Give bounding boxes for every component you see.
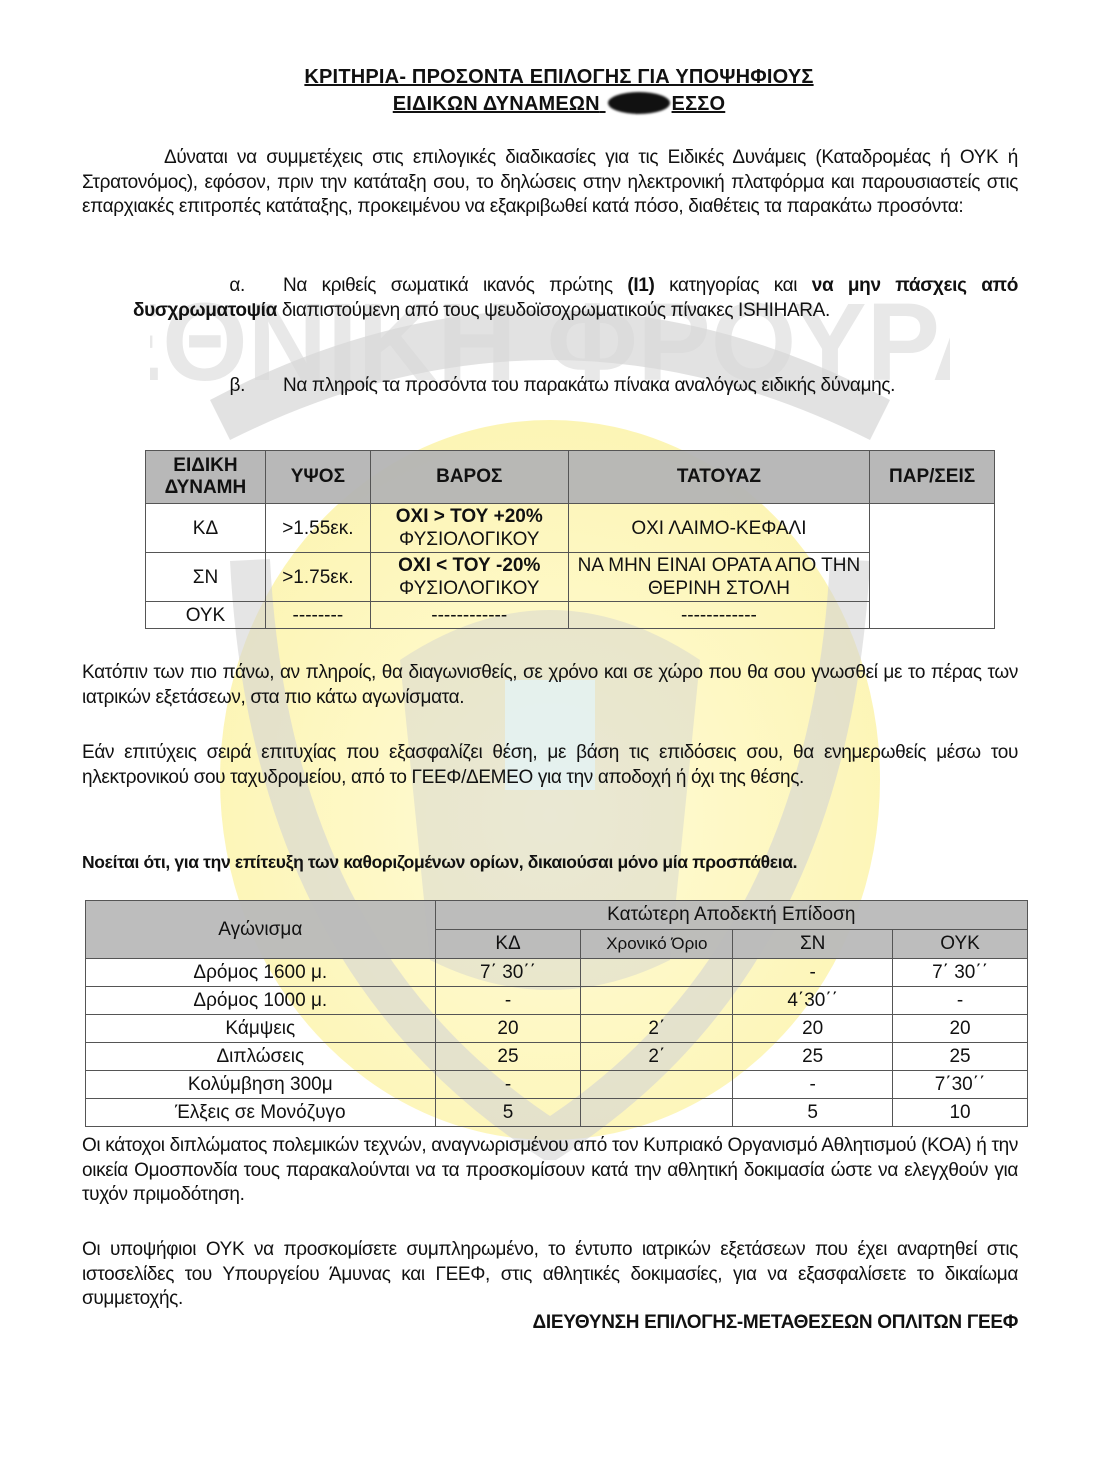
cell-tattoo: ------------ bbox=[568, 602, 869, 629]
table-row: ΟΥΚ -------- ------------ ------------ bbox=[146, 602, 995, 629]
cell-sn: - bbox=[733, 1071, 893, 1099]
table-row: Διπλώσεις252΄2525 bbox=[86, 1043, 1028, 1071]
cell-ouk: 25 bbox=[893, 1043, 1028, 1071]
table-row: Έλξεις σε Μονόζυγο5510 bbox=[86, 1099, 1028, 1127]
document-title-line1: ΚΡΙΤΗΡΙΑ- ΠΡΟΣΟΝΤΑ ΕΠΙΛΟΓΗΣ ΓΙΑ ΥΠΟΨΗΦΙΟ… bbox=[0, 66, 1118, 89]
weight-limit: ΟΧΙ < ΤΟΥ -20% bbox=[371, 554, 568, 577]
title-line2-suffix: ΕΣΣΟ bbox=[672, 93, 726, 115]
table-row: Δρόμος 1000 μ.-4΄30΄΄- bbox=[86, 987, 1028, 1015]
cell-kd: - bbox=[435, 1071, 581, 1099]
cell-time-limit bbox=[581, 1071, 733, 1099]
performance-table: Αγώνισμα Κατώτερη Αποδεκτή Επίδοση ΚΔ Χρ… bbox=[85, 900, 1028, 1127]
cell-force: ΚΔ bbox=[146, 504, 266, 553]
table-row: ΣΝ >1.75εκ. ΟΧΙ < ΤΟΥ -20%ΦΥΣΙΟΛΟΓΙΚΟΥ Ν… bbox=[146, 553, 995, 602]
cell-height: >1.75εκ. bbox=[265, 553, 370, 602]
cell-event: Κάμψεις bbox=[86, 1015, 436, 1043]
cell-ouk: - bbox=[893, 987, 1028, 1015]
title-line2-prefix: ΕΙΔΙΚΩΝ ΔΥΝΑΜΕΩΝ bbox=[393, 93, 600, 115]
criterion-b-marker: β. bbox=[82, 374, 283, 399]
cell-tattoo: ΝΑ ΜΗΝ ΕΙΝΑΙ ΟΡΑΤΑ ΑΠΟ ΤΗΝ ΘΕΡΙΝΗ ΣΤΟΛΗ bbox=[568, 553, 869, 602]
table-row: Κάμψεις202΄2020 bbox=[86, 1015, 1028, 1043]
cell-kd: 25 bbox=[435, 1043, 581, 1071]
cell-weight: ΟΧΙ < ΤΟΥ -20%ΦΥΣΙΟΛΟΓΙΚΟΥ bbox=[370, 553, 568, 602]
martial-arts-paragraph: Οι κάτοχοι διπλώματος πολεμικών τεχνών, … bbox=[82, 1134, 1018, 1208]
cell-ouk: 7΄ 30΄΄ bbox=[893, 959, 1028, 987]
cell-weight: ΟΧΙ > ΤΟΥ +20%ΦΥΣΙΟΛΟΓΙΚΟΥ bbox=[370, 504, 568, 553]
cell-kd: - bbox=[435, 987, 581, 1015]
table-row: ΚΔ >1.55εκ. ΟΧΙ > ΤΟΥ +20%ΦΥΣΙΟΛΟΓΙΚΟΥ Ο… bbox=[146, 504, 995, 553]
criterion-a-category: (Ι1) bbox=[627, 275, 654, 296]
cell-time-limit bbox=[581, 1099, 733, 1127]
criterion-a-marker: α. bbox=[133, 274, 283, 299]
criterion-a: α.Να κριθείς σωματικά ικανός πρώτης (Ι1)… bbox=[133, 274, 1018, 323]
signature: ΔΙΕΥΘΥΝΣΗ ΕΠΙΛΟΓΗΣ-ΜΕΤΑΘΕΣΕΩΝ ΟΠΛΙΤΩΝ ΓΕ… bbox=[533, 1312, 1018, 1334]
table-row: Δρόμος 1600 μ.7΄ 30΄΄-7΄ 30΄΄ bbox=[86, 959, 1028, 987]
cell-time-limit bbox=[581, 959, 733, 987]
cell-time-limit: 2΄ bbox=[581, 1015, 733, 1043]
cell-ouk: 10 bbox=[893, 1099, 1028, 1127]
criterion-b: β.Να πληροίς τα προσόντα του παρακάτω πί… bbox=[82, 374, 1018, 399]
performance-header-row: Αγώνισμα Κατώτερη Αποδεκτή Επίδοση bbox=[86, 901, 1028, 930]
header-tattoo: ΤΑΤΟΥΑΖ bbox=[568, 451, 869, 504]
cell-event: Έλξεις σε Μονόζυγο bbox=[86, 1099, 436, 1127]
ouk-medical-paragraph: Οι υποψήφιοι ΟΥΚ να προσκομίσετε συμπληρ… bbox=[82, 1238, 1018, 1312]
cell-tattoo: ΟΧΙ ΛΑΙΜΟ-ΚΕΦΑΛΙ bbox=[568, 504, 869, 553]
criterion-b-text: Να πληροίς τα προσόντα του παρακάτω πίνα… bbox=[283, 375, 895, 396]
weight-basis: ΦΥΣΙΟΛΟΓΙΚΟΥ bbox=[371, 577, 568, 600]
header-height: ΥΨΟΣ bbox=[265, 451, 370, 504]
header-notes: ΠΑΡ/ΣΕΙΣ bbox=[870, 451, 995, 504]
header-min-performance: Κατώτερη Αποδεκτή Επίδοση bbox=[435, 901, 1027, 930]
cell-event: Δρόμος 1000 μ. bbox=[86, 987, 436, 1015]
cell-sn: 20 bbox=[733, 1015, 893, 1043]
cell-event: Κολύμβηση 300μ bbox=[86, 1071, 436, 1099]
success-paragraph: Εάν επιτύχεις σειρά επιτυχίας που εξασφα… bbox=[82, 741, 1018, 790]
weight-basis: ΦΥΣΙΟΛΟΓΙΚΟΥ bbox=[371, 528, 568, 551]
header-force: ΕΙΔΙΚΗ ΔΥΝΑΜΗ bbox=[146, 451, 266, 504]
cell-force: ΣΝ bbox=[146, 553, 266, 602]
cell-sn: 25 bbox=[733, 1043, 893, 1071]
single-attempt-note: Νοείται ότι, για την επίτευξη των καθορι… bbox=[82, 850, 1018, 875]
cell-event: Διπλώσεις bbox=[86, 1043, 436, 1071]
header-time-limit: Χρονικό Όριο bbox=[581, 930, 733, 959]
cell-height: >1.55εκ. bbox=[265, 504, 370, 553]
cell-weight: ------------ bbox=[370, 602, 568, 629]
cell-sn: 4΄30΄΄ bbox=[733, 987, 893, 1015]
requirements-header-row: ΕΙΔΙΚΗ ΔΥΝΑΜΗ ΥΨΟΣ ΒΑΡΟΣ ΤΑΤΟΥΑΖ ΠΑΡ/ΣΕΙ… bbox=[146, 451, 995, 504]
cell-kd: 7΄ 30΄΄ bbox=[435, 959, 581, 987]
cell-height: -------- bbox=[265, 602, 370, 629]
intro-paragraph: Δύναται να συμμετέχεις στις επιλογικές δ… bbox=[82, 146, 1018, 220]
cell-sn: - bbox=[733, 959, 893, 987]
intro-text: Δύναται να συμμετέχεις στις επιλογικές δ… bbox=[82, 147, 1018, 217]
cell-force: ΟΥΚ bbox=[146, 602, 266, 629]
cell-time-limit: 2΄ bbox=[581, 1043, 733, 1071]
criterion-a-text: Να κριθείς σωματικά ικανός πρώτης bbox=[283, 275, 627, 296]
events-intro-paragraph: Κατόπιν των πιο πάνω, αν πληροίς, θα δια… bbox=[82, 661, 1018, 710]
criterion-a-text-2: κατηγορίας και bbox=[654, 275, 811, 296]
header-event: Αγώνισμα bbox=[86, 901, 436, 959]
header-weight: ΒΑΡΟΣ bbox=[370, 451, 568, 504]
cell-event: Δρόμος 1600 μ. bbox=[86, 959, 436, 987]
table-row: Κολύμβηση 300μ--7΄30΄΄ bbox=[86, 1071, 1028, 1099]
cell-ouk: 20 bbox=[893, 1015, 1028, 1043]
header-sn: ΣΝ bbox=[733, 930, 893, 959]
header-kd: ΚΔ bbox=[435, 930, 581, 959]
header-ouk: ΟΥΚ bbox=[893, 930, 1028, 959]
weight-limit: ΟΧΙ > ΤΟΥ +20% bbox=[371, 505, 568, 528]
cell-ouk: 7΄30΄΄ bbox=[893, 1071, 1028, 1099]
requirements-table: ΕΙΔΙΚΗ ΔΥΝΑΜΗ ΥΨΟΣ ΒΑΡΟΣ ΤΑΤΟΥΑΖ ΠΑΡ/ΣΕΙ… bbox=[145, 450, 995, 629]
cell-notes bbox=[870, 504, 995, 629]
document-page: ΚΡΙΤΗΡΙΑ- ΠΡΟΣΟΝΤΑ ΕΠΙΛΟΓΗΣ ΓΙΑ ΥΠΟΨΗΦΙΟ… bbox=[0, 0, 1118, 1459]
cell-time-limit bbox=[581, 987, 733, 1015]
criterion-a-text-3: διαπιστούμενη από τους ψευδοϊσοχρωματικο… bbox=[277, 300, 830, 321]
cell-kd: 20 bbox=[435, 1015, 581, 1043]
document-title-line2: ΕΙΔΙΚΩΝ ΔΥΝΑΜΕΩΝ ΕΣΣΟ bbox=[0, 92, 1118, 116]
cell-kd: 5 bbox=[435, 1099, 581, 1127]
cell-sn: 5 bbox=[733, 1099, 893, 1127]
redacted-mark bbox=[608, 92, 670, 114]
